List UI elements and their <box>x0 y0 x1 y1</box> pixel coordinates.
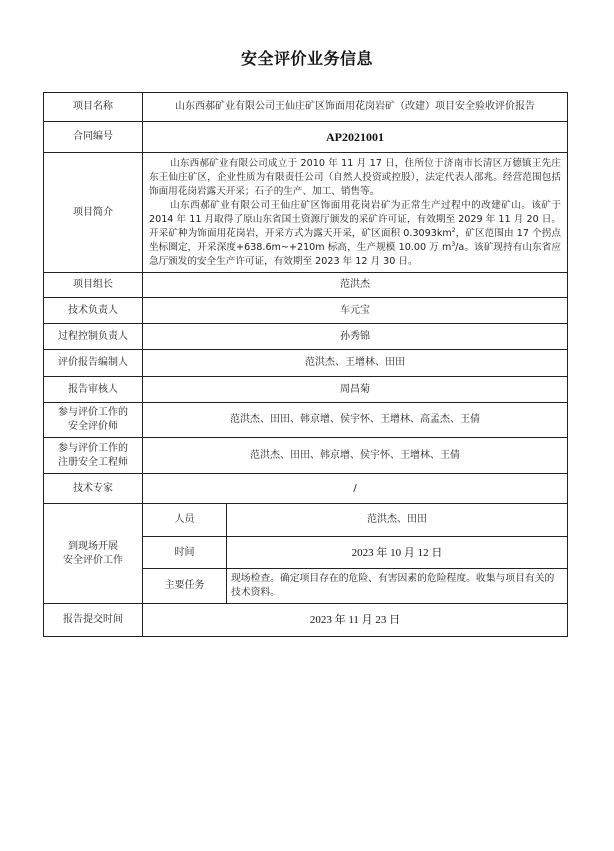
site-personnel-value: 范洪杰、田田 <box>227 504 568 537</box>
row-intro: 项目简介 山东西郝矿业有限公司成立于 2010 年 11 月 17 日，住所位于… <box>44 153 568 273</box>
intro-label: 项目简介 <box>44 153 143 273</box>
site-work-label: 到现场开展安全评价工作 <box>44 504 143 604</box>
team-leader-value: 范洪杰 <box>143 273 568 298</box>
process-control-label: 过程控制负责人 <box>44 324 143 350</box>
safety-assessors-label-line1: 参与评价工作的 <box>48 406 138 420</box>
row-tech-experts: 技术专家 / <box>44 474 568 504</box>
page-title: 安全评价业务信息 <box>0 46 614 69</box>
intro-value: 山东西郝矿业有限公司成立于 2010 年 11 月 17 日，住所位于济南市长清… <box>143 153 568 273</box>
row-tech-lead: 技术负责人 车元宝 <box>44 298 568 324</box>
tech-experts-value: / <box>143 474 568 504</box>
submit-time-value: 2023 年 11 月 23 日 <box>143 604 568 637</box>
team-leader-label: 项目组长 <box>44 273 143 298</box>
report-authors-label: 评价报告编制人 <box>44 350 143 377</box>
submit-time-label: 报告提交时间 <box>44 604 143 637</box>
project-name-label: 项目名称 <box>44 93 143 122</box>
safety-assessors-value: 范洪杰、田田、韩京增、侯宇怀、王增林、高孟杰、王倩 <box>143 403 568 438</box>
row-contract-no: 合同编号 AP2021001 <box>44 122 568 153</box>
site-time-label: 时间 <box>143 537 227 569</box>
row-process-control: 过程控制负责人 孙秀锦 <box>44 324 568 350</box>
site-personnel-label: 人员 <box>143 504 227 537</box>
contract-no-value: AP2021001 <box>143 122 568 153</box>
safety-assessors-label-line2: 安全评价师 <box>48 420 138 434</box>
row-submit-time: 报告提交时间 2023 年 11 月 23 日 <box>44 604 568 637</box>
row-report-authors: 评价报告编制人 范洪杰、王增林、田田 <box>44 350 568 377</box>
intro-paragraph-2: 山东西郝矿业有限公司王仙庄矿区饰面用花岗岩矿为正常生产过程中的改建矿山。该矿于 … <box>149 199 561 269</box>
safety-assessors-label: 参与评价工作的安全评价师 <box>44 403 143 438</box>
contract-no-label: 合同编号 <box>44 122 143 153</box>
site-work-label-line1: 到现场开展 <box>48 540 138 554</box>
report-reviewer-label: 报告审核人 <box>44 377 143 403</box>
report-authors-value: 范洪杰、王增林、田田 <box>143 350 568 377</box>
site-task-value: 现场检查。确定项目存在的危险、有害因素的危险程度。收集与项目有关的技术资料。 <box>227 569 568 604</box>
safety-assessment-info-table: 项目名称 山东西郝矿业有限公司王仙庄矿区饰面用花岗岩矿（改建）项目安全验收评价报… <box>43 92 568 637</box>
report-reviewer-value: 周昌菊 <box>143 377 568 403</box>
tech-lead-label: 技术负责人 <box>44 298 143 324</box>
project-name-value: 山东西郝矿业有限公司王仙庄矿区饰面用花岗岩矿（改建）项目安全验收评价报告 <box>143 93 568 122</box>
registered-engineers-label: 参与评价工作的注册安全工程师 <box>44 438 143 474</box>
site-task-label: 主要任务 <box>143 569 227 604</box>
row-site-personnel: 到现场开展安全评价工作 人员 范洪杰、田田 <box>44 504 568 537</box>
row-project-name: 项目名称 山东西郝矿业有限公司王仙庄矿区饰面用花岗岩矿（改建）项目安全验收评价报… <box>44 93 568 122</box>
tech-lead-value: 车元宝 <box>143 298 568 324</box>
process-control-value: 孙秀锦 <box>143 324 568 350</box>
row-report-reviewer: 报告审核人 周昌菊 <box>44 377 568 403</box>
registered-engineers-value: 范洪杰、田田、韩京增、侯宇怀、王增林、王倩 <box>143 438 568 474</box>
intro-paragraph-1: 山东西郝矿业有限公司成立于 2010 年 11 月 17 日，住所位于济南市长清… <box>149 157 561 199</box>
row-registered-engineers: 参与评价工作的注册安全工程师 范洪杰、田田、韩京增、侯宇怀、王增林、王倩 <box>44 438 568 474</box>
site-time-value: 2023 年 10 月 12 日 <box>227 537 568 569</box>
row-team-leader: 项目组长 范洪杰 <box>44 273 568 298</box>
site-work-label-line2: 安全评价工作 <box>48 554 138 568</box>
row-safety-assessors: 参与评价工作的安全评价师 范洪杰、田田、韩京增、侯宇怀、王增林、高孟杰、王倩 <box>44 403 568 438</box>
tech-experts-label: 技术专家 <box>44 474 143 504</box>
registered-engineers-label-line1: 参与评价工作的 <box>48 442 138 456</box>
registered-engineers-label-line2: 注册安全工程师 <box>48 456 138 470</box>
